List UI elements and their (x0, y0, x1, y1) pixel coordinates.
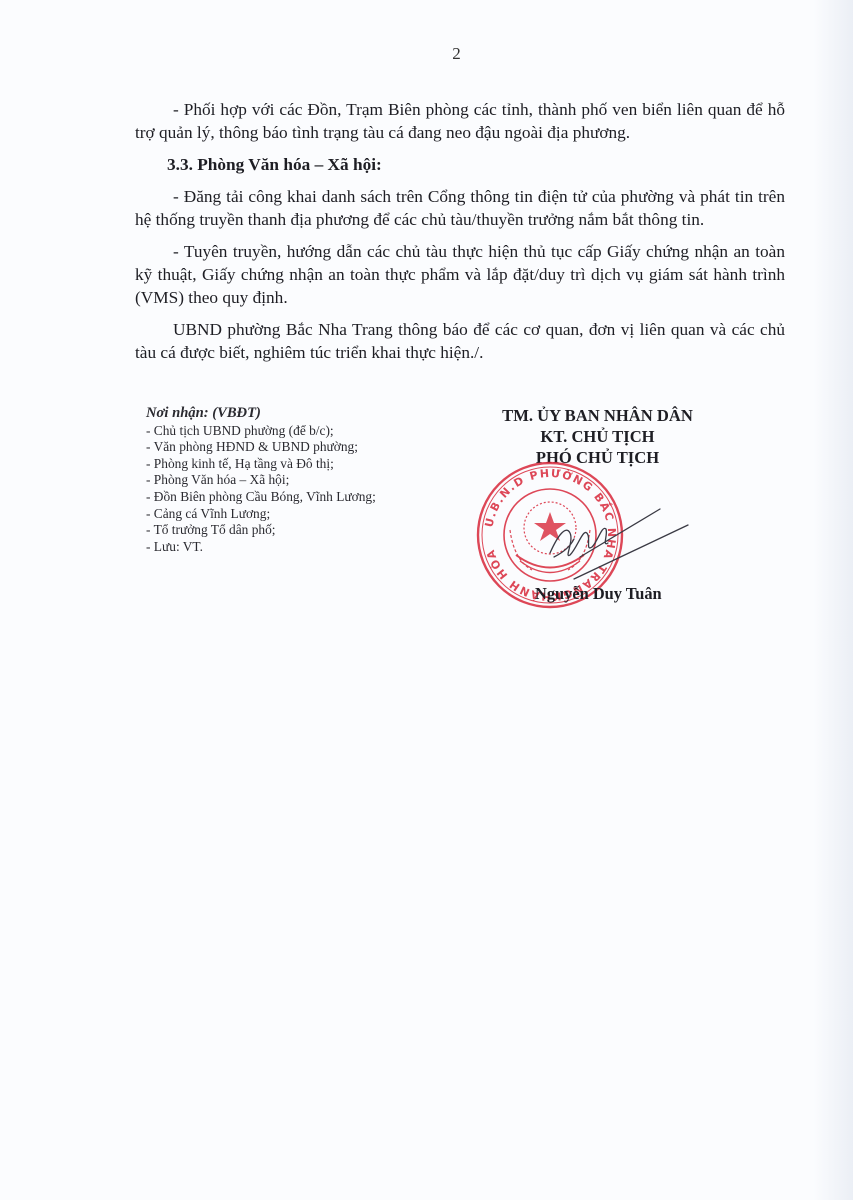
signature-title-block: TM. ỦY BAN NHÂN DÂN KT. CHỦ TỊCH PHÓ CHỦ… (475, 405, 720, 468)
recipient-item: - Đồn Biên phòng Cầu Bóng, Vĩnh Lương; (146, 489, 376, 506)
paragraph-coordination: - Phối hợp với các Đồn, Trạm Biên phòng … (135, 98, 785, 144)
document-body: - Phối hợp với các Đồn, Trạm Biên phòng … (135, 98, 785, 373)
recipients-title: Nơi nhận: (VBĐT) (146, 405, 376, 422)
recipient-item: - Phòng Văn hóa – Xã hội; (146, 472, 376, 489)
paragraph-guidance: - Tuyên truyền, hướng dẫn các chủ tàu th… (135, 240, 785, 309)
recipient-item: - Phòng kinh tế, Hạ tầng và Đô thị; (146, 456, 376, 473)
signer-name: Nguyễn Duy Tuân (535, 584, 662, 604)
page-number: 2 (0, 44, 853, 64)
recipient-item: - Tổ trưởng Tổ dân phố; (146, 522, 376, 539)
paragraph-closing: UBND phường Bắc Nha Trang thông báo để c… (135, 318, 785, 364)
scan-shadow (813, 0, 853, 1200)
recipients-block: Nơi nhận: (VBĐT) - Chủ tịch UBND phường … (146, 405, 376, 555)
recipient-item: - Chủ tịch UBND phường (để b/c); (146, 423, 376, 440)
recipient-item: - Văn phòng HĐND & UBND phường; (146, 439, 376, 456)
recipient-item: - Cảng cá Vĩnh Lương; (146, 506, 376, 523)
paragraph-publish: - Đăng tải công khai danh sách trên Cổng… (135, 185, 785, 231)
signer-delegation: KT. CHỦ TỊCH (475, 426, 720, 447)
recipient-item: - Lưu: VT. (146, 539, 376, 556)
signer-authority: TM. ỦY BAN NHÂN DÂN (475, 405, 720, 426)
section-heading: 3.3. Phòng Văn hóa – Xã hội: (135, 153, 785, 176)
handwritten-signature-icon (540, 495, 690, 585)
